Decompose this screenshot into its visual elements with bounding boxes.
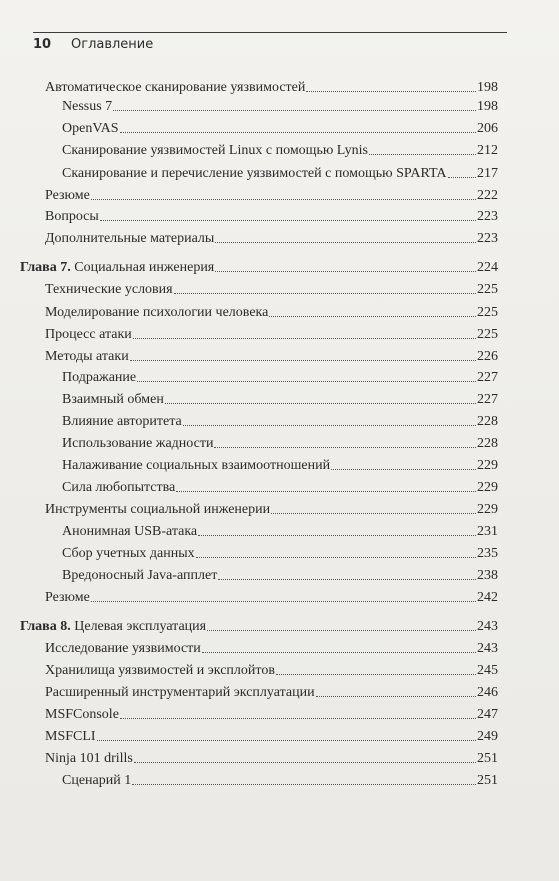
dot-leader <box>271 513 476 514</box>
toc-page-number: 229 <box>477 456 498 476</box>
entry-title-text: Расширенный инструментарий эксплуатации <box>45 685 315 700</box>
toc-entry-title: Вопросы <box>45 207 99 227</box>
toc-entry: Инструменты социальной инженерии229 <box>45 500 498 520</box>
toc-entry: Исследование уязвимости243 <box>45 639 498 659</box>
toc-entry-title: Сила любопытства <box>62 478 175 498</box>
entry-title-text: Ninja 101 drills <box>45 751 133 766</box>
dot-leader <box>91 199 476 200</box>
dot-leader <box>113 110 476 111</box>
toc-entry: Сканирование уязвимостей Linux с помощью… <box>62 141 498 161</box>
toc-entry-title: Влияние авторитета <box>62 412 182 432</box>
dot-leader <box>132 784 476 785</box>
entry-title-text: Влияние авторитета <box>62 414 182 429</box>
toc-entry-title: Моделирование психологии человека <box>45 303 268 323</box>
toc-page-number: 206 <box>477 119 498 139</box>
toc-entry-title: Резюме <box>45 588 90 608</box>
dot-leader <box>133 338 476 339</box>
entry-title-text: MSFCLI <box>45 729 96 744</box>
toc-page-number: 228 <box>477 434 498 454</box>
toc-entry: Методы атаки226 <box>45 347 498 367</box>
toc-page-number: 217 <box>477 164 498 184</box>
toc-page-number: 229 <box>477 500 498 520</box>
dot-leader <box>165 403 476 404</box>
entry-title-text: Nessus 7 <box>62 99 112 114</box>
page-number: 10 <box>33 37 71 52</box>
toc-page-number: 242 <box>477 588 498 608</box>
toc-entry: Моделирование психологии человека225 <box>45 303 498 323</box>
toc-entry: Автоматическое сканирование уязвимостей1… <box>45 78 498 98</box>
toc-entry: Использование жадности228 <box>62 434 498 454</box>
toc-entry: Налаживание социальных взаимоотношений22… <box>62 456 498 476</box>
toc-entry: Резюме242 <box>45 588 498 608</box>
dot-leader <box>369 154 476 155</box>
toc-entry: Дополнительные материалы223 <box>45 229 498 249</box>
entry-title-text: Моделирование психологии человека <box>45 305 268 320</box>
dot-leader <box>196 557 476 558</box>
dot-leader <box>331 469 476 470</box>
toc-entry-title: Вредоносный Java-апплет <box>62 566 217 586</box>
entry-title-text: Дополнительные материалы <box>45 231 214 246</box>
toc-entry: Сценарий 1251 <box>62 771 498 791</box>
toc-page-number: 223 <box>477 207 498 227</box>
dot-leader <box>100 220 476 221</box>
toc-entry-title: MSFCLI <box>45 727 96 747</box>
entry-title-text: Вопросы <box>45 209 99 224</box>
dot-leader <box>120 132 476 133</box>
toc-entry-title: Сбор учетных данных <box>62 544 195 564</box>
toc-entry: Вопросы223 <box>45 207 498 227</box>
toc-entry-title: Методы атаки <box>45 347 129 367</box>
entry-title-text: Использование жадности <box>62 436 213 451</box>
entry-title-text: Методы атаки <box>45 349 129 364</box>
toc-page-number: 222 <box>477 186 498 206</box>
entry-title-text: Анонимная USB-атака <box>62 524 197 539</box>
entry-title-text: Сканирование уязвимостей Linux с помощью… <box>62 143 368 158</box>
entry-title-text: Автоматическое сканирование уязвимостей <box>45 80 305 95</box>
toc-entry-title: OpenVAS <box>62 119 119 139</box>
toc-entry: Подражание227 <box>62 368 498 388</box>
toc-page-number: 198 <box>477 78 498 98</box>
toc-entry: Nessus 7198 <box>62 97 498 117</box>
running-header: 10Оглавление <box>33 37 153 52</box>
dot-leader <box>207 630 476 631</box>
toc-entry-title: Использование жадности <box>62 434 213 454</box>
toc-page-number: 243 <box>477 639 498 659</box>
toc-entry: Анонимная USB-атака231 <box>62 522 498 542</box>
toc-entry: MSFConsole247 <box>45 705 498 725</box>
entry-title-text: Резюме <box>45 188 90 203</box>
dot-leader <box>91 601 476 602</box>
toc-page-number: 251 <box>477 771 498 791</box>
chapter-label: Глава 8. <box>20 619 71 634</box>
dot-leader <box>306 91 476 92</box>
toc-entry-title: Анонимная USB-атака <box>62 522 197 542</box>
toc-page-number: 223 <box>477 229 498 249</box>
toc-entry: Сила любопытства229 <box>62 478 498 498</box>
toc-entry-title: Хранилища уязвимостей и эксплойтов <box>45 661 275 681</box>
toc-page-number: 212 <box>477 141 498 161</box>
toc-page-number: 198 <box>477 97 498 117</box>
toc-entry-title: Инструменты социальной инженерии <box>45 500 270 520</box>
dot-leader <box>316 696 476 697</box>
dot-leader <box>448 177 476 178</box>
entry-title-text: Подражание <box>62 370 136 385</box>
toc-page-number: 231 <box>477 522 498 542</box>
toc-entry: Влияние авторитета228 <box>62 412 498 432</box>
entry-title-text: Исследование уязвимости <box>45 641 201 656</box>
dot-leader <box>276 674 476 675</box>
dot-leader <box>202 652 476 653</box>
entry-title-text: Целевая эксплуатация <box>74 619 206 634</box>
entry-title-text: Взаимный обмен <box>62 392 164 407</box>
toc-entry-title: Сканирование уязвимостей Linux с помощью… <box>62 141 368 161</box>
toc-entry-title: Сценарий 1 <box>62 771 131 791</box>
toc-page-number: 235 <box>477 544 498 564</box>
dot-leader <box>183 425 476 426</box>
toc-page-number: 227 <box>477 390 498 410</box>
toc-entry: Сбор учетных данных235 <box>62 544 498 564</box>
dot-leader <box>130 360 476 361</box>
entry-title-text: Сценарий 1 <box>62 773 131 788</box>
dot-leader <box>134 762 476 763</box>
toc-entry: Технические условия225 <box>45 280 498 300</box>
entry-title-text: Инструменты социальной инженерии <box>45 502 270 517</box>
toc-entry-title: Глава 8. Целевая эксплуатация <box>20 617 206 637</box>
dot-leader <box>97 740 476 741</box>
toc-entry-title: Дополнительные материалы <box>45 229 214 249</box>
toc-entry-title: Nessus 7 <box>62 97 112 117</box>
toc-entry: Взаимный обмен227 <box>62 390 498 410</box>
toc-entry: Хранилища уязвимостей и эксплойтов245 <box>45 661 498 681</box>
toc-entry: Расширенный инструментарий эксплуатации2… <box>45 683 498 703</box>
toc-entry: Резюме222 <box>45 186 498 206</box>
entry-title-text: Вредоносный Java-апплет <box>62 568 217 583</box>
toc-page-number: 228 <box>477 412 498 432</box>
dot-leader <box>269 316 476 317</box>
toc-entry: OpenVAS206 <box>62 119 498 139</box>
dot-leader <box>137 381 476 382</box>
toc-page-number: 238 <box>477 566 498 586</box>
toc-chapter-entry: Глава 7. Социальная инженерия224 <box>20 258 498 278</box>
entry-title-text: OpenVAS <box>62 121 119 136</box>
book-page: 10Оглавление Автоматическое сканирование… <box>0 0 559 881</box>
toc-entry-title: Подражание <box>62 368 136 388</box>
toc-entry-title: Процесс атаки <box>45 325 132 345</box>
chapter-label: Глава 7. <box>20 260 71 275</box>
toc-entry-title: Налаживание социальных взаимоотношений <box>62 456 330 476</box>
toc-page-number: 243 <box>477 617 498 637</box>
toc-page-number: 245 <box>477 661 498 681</box>
entry-title-text: Сила любопытства <box>62 480 175 495</box>
toc-entry: Сканирование и перечисление уязвимостей … <box>62 164 498 184</box>
dot-leader <box>215 242 476 243</box>
dot-leader <box>174 293 476 294</box>
toc-entry: Ninja 101 drills251 <box>45 749 498 769</box>
toc-page-number: 225 <box>477 280 498 300</box>
toc-entry-title: Исследование уязвимости <box>45 639 201 659</box>
toc-entry: Процесс атаки225 <box>45 325 498 345</box>
toc-page-number: 246 <box>477 683 498 703</box>
entry-title-text: Сканирование и перечисление уязвимостей … <box>62 166 447 181</box>
entry-title-text: Хранилища уязвимостей и эксплойтов <box>45 663 275 678</box>
dot-leader <box>215 271 476 272</box>
toc-page-number: 249 <box>477 727 498 747</box>
toc-entry-title: Ninja 101 drills <box>45 749 133 769</box>
entry-title-text: Процесс атаки <box>45 327 132 342</box>
entry-title-text: Сбор учетных данных <box>62 546 195 561</box>
toc-entry: MSFCLI249 <box>45 727 498 747</box>
entry-title-text: MSFConsole <box>45 707 119 722</box>
entry-title-text: Налаживание социальных взаимоотношений <box>62 458 330 473</box>
header-rule <box>33 32 507 33</box>
toc-entry-title: MSFConsole <box>45 705 119 725</box>
entry-title-text: Технические условия <box>45 282 173 297</box>
toc-page-number: 251 <box>477 749 498 769</box>
toc-chapter-entry: Глава 8. Целевая эксплуатация243 <box>20 617 498 637</box>
toc-entry-title: Сканирование и перечисление уязвимостей … <box>62 164 447 184</box>
toc-page-number: 229 <box>477 478 498 498</box>
toc-entry-title: Глава 7. Социальная инженерия <box>20 258 214 278</box>
dot-leader <box>198 535 476 536</box>
toc-page-number: 227 <box>477 368 498 388</box>
dot-leader <box>120 718 476 719</box>
toc-page-number: 224 <box>477 258 498 278</box>
toc-entry-title: Взаимный обмен <box>62 390 164 410</box>
dot-leader <box>214 447 476 448</box>
dot-leader <box>176 491 476 492</box>
dot-leader <box>218 579 476 580</box>
toc-entry-title: Технические условия <box>45 280 173 300</box>
toc-page-number: 247 <box>477 705 498 725</box>
toc-entry-title: Расширенный инструментарий эксплуатации <box>45 683 315 703</box>
entry-title-text: Резюме <box>45 590 90 605</box>
toc-entry-title: Автоматическое сканирование уязвимостей <box>45 78 305 98</box>
entry-title-text: Социальная инженерия <box>74 260 214 275</box>
toc-entry-title: Резюме <box>45 186 90 206</box>
running-title: Оглавление <box>71 37 153 52</box>
toc-page-number: 225 <box>477 303 498 323</box>
toc-entry: Вредоносный Java-апплет238 <box>62 566 498 586</box>
toc-page-number: 226 <box>477 347 498 367</box>
toc-page-number: 225 <box>477 325 498 345</box>
